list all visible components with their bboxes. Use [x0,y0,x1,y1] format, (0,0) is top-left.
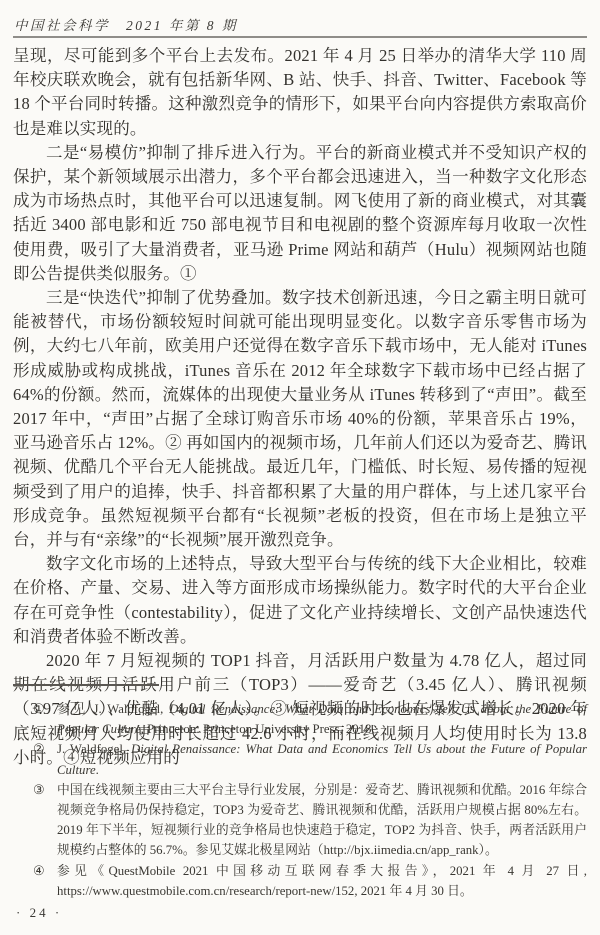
body-paragraph: 呈现，尽可能到多个平台上去发布。2021 年 4 月 25 日举办的清华大学 1… [13,44,587,141]
header-rule [13,36,587,38]
body-paragraph: 数字文化市场的上述特点，导致大型平台与传统的线下大企业相比，较难在价格、产量、交… [13,552,587,649]
body-paragraph: 二是“易模仿”抑制了排斥进入行为。平台的新商业模式并不受知识产权的保护，某个新领… [13,141,587,286]
footnote-text: 参见《QuestMobile 2021 中国移动互联网春季大报告》，2021 年… [57,864,587,898]
footnote-item: ②J. Waldfogel, Digital Renaissance: What… [13,739,587,779]
footnote-item: ③中国在线视频主要由三大平台主导行业发展，分别是：爱奇艺、腾讯视频和优酷。201… [13,780,587,861]
footnote-marker: ① [33,699,44,719]
footnote-text: , Princeton: Princeton University Press,… [141,722,375,736]
footnote-text: . [96,763,99,777]
article-body: 呈现，尽可能到多个平台上去发布。2021 年 4 月 25 日举办的清华大学 1… [13,44,587,770]
footnote-marker: ④ [33,861,44,881]
page-number: · 24 · [16,905,62,921]
footnote-text: 中国在线视频主要由三大平台主导行业发展，分别是：爱奇艺、腾讯视频和优酷。2016… [57,783,587,858]
footnote-text: 参见 J. Waldfogel, [57,702,169,716]
footnote-item: ④参见《QuestMobile 2021 中国移动互联网春季大报告》，2021 … [13,861,587,901]
footnote-text: J. Waldfogel, [57,742,131,756]
footnote-book-title: Digital Renaissance: What Data and Econo… [57,742,587,776]
running-head: 中国社会科学 2021 年第 8 期 [14,14,586,34]
footnote-separator [13,684,159,686]
journal-page: 中国社会科学 2021 年第 8 期 呈现，尽可能到多个平台上去发布。2021 … [0,0,600,935]
footnote-list: ①参见 J. Waldfogel, Digital Renaissance: W… [13,699,587,901]
footnote-marker: ② [33,739,44,759]
footnote-item: ①参见 J. Waldfogel, Digital Renaissance: W… [13,699,587,739]
body-paragraph: 三是“快迭代”抑制了优势叠加。数字技术创新迅速，今日之霸主明日就可能被替代，市场… [13,286,587,552]
footnote-marker: ③ [33,780,44,800]
